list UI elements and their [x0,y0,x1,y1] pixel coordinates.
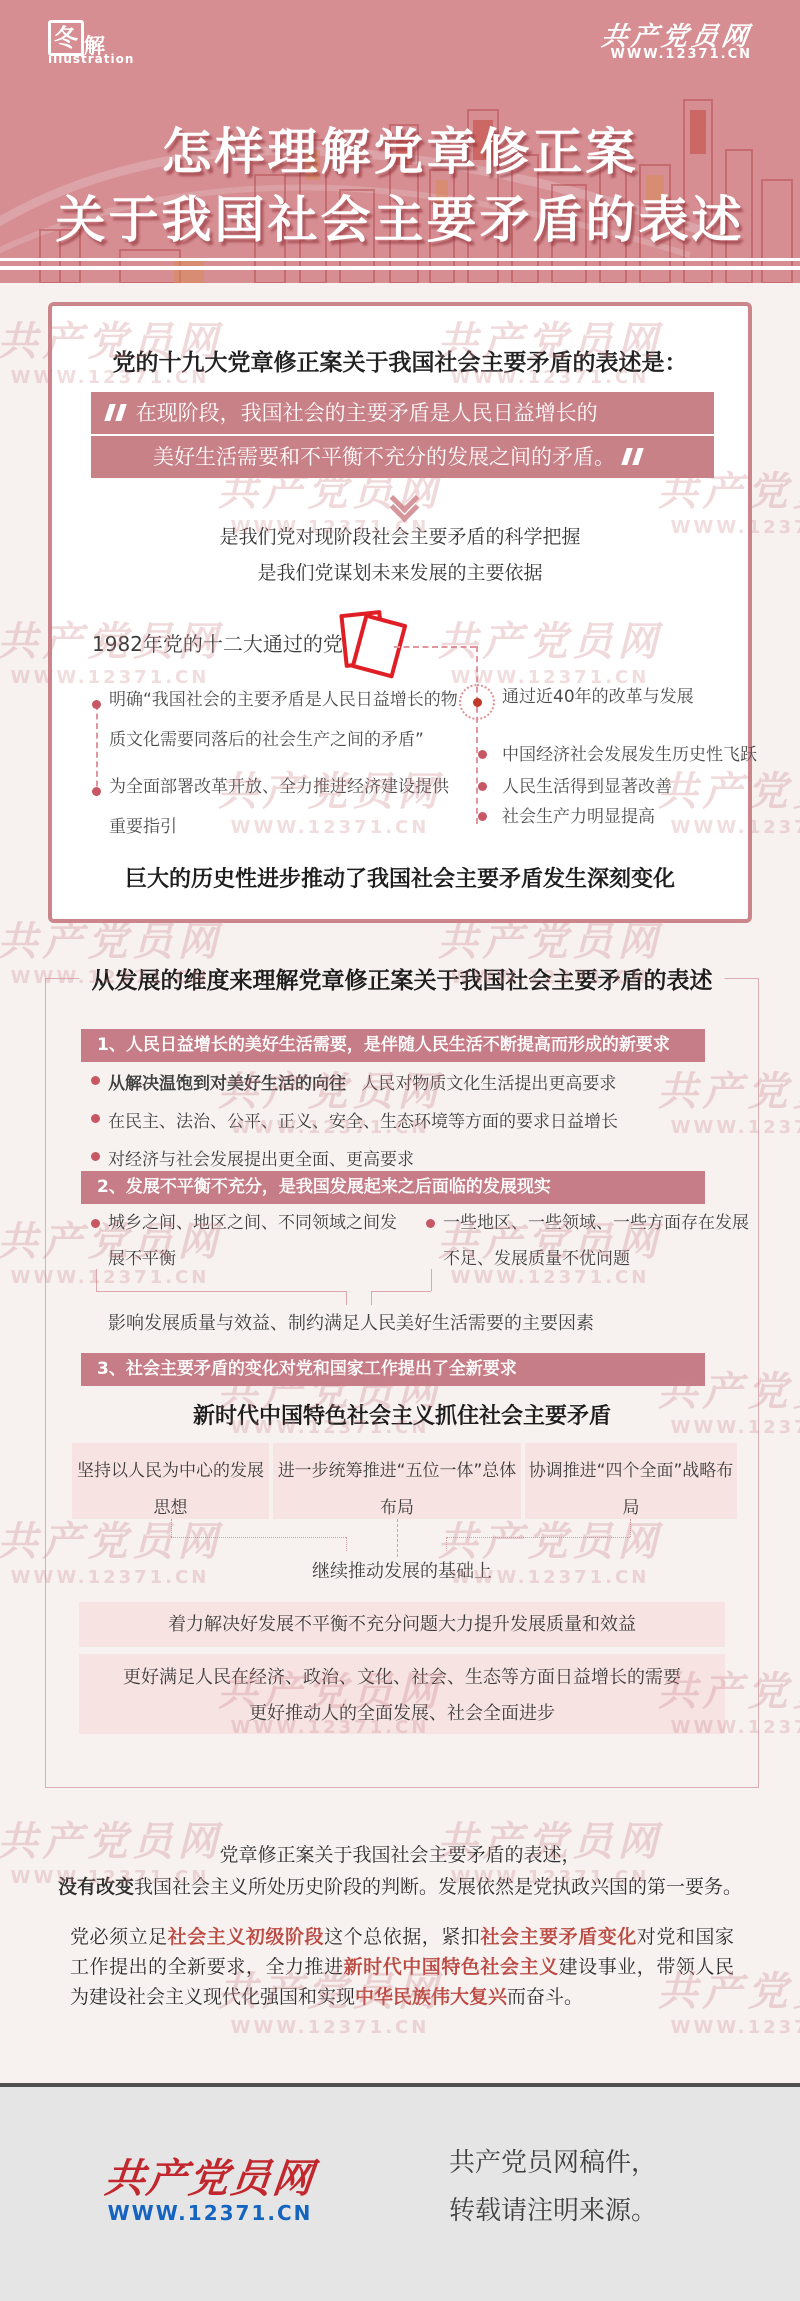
header-banner: 冬 解 illustration 共产党员网 WWW.12371.CN 怎样理解… [0,0,800,283]
bullet-icon [478,812,487,821]
closing-p1-rest: 我国社会主义所处历史阶段的判断。发展依然是党执政兴国的第一要务。 [134,1876,742,1898]
header-divider-line-1 [0,258,800,261]
bullet-icon [478,750,487,759]
box1-conclusion: 巨大的历史性进步推动了我国社会主要矛盾发生深刻变化 [52,862,748,893]
right-item: 通过近40年的改革与发展 [502,682,694,712]
affirm-line1: 是我们党对现阶段社会主要矛盾的科学把握 [52,522,748,549]
action2-line2: 更好推动人的全面发展、社会全面进步 [79,1696,725,1732]
connector-dotted [446,1537,447,1551]
box1-heading: 党的十九大党章修正案关于我国社会主要矛盾的表述是： [52,344,748,377]
closing-paragraph1-line2: 没有改变我国社会主义所处历史阶段的判断。发展依然是党执政兴国的第一要务。 [0,1872,800,1899]
p2-seg-highlight: 中华民族伟大复兴 [355,1986,507,2008]
right-item: 中国经济社会发展发生历史性飞跃 [502,740,757,770]
site-brand-url: WWW.12371.CN [611,47,752,62]
closing-paragraph2: 党必须立足社会主义初级阶段这个总依据，紧扣社会主要矛盾变化对党和国家工作提出的全… [70,1922,734,2012]
point1-bullet2: 在民主、法治、公平、正义、安全、生态环境等方面的要求日益增长 [108,1107,618,1132]
connector-line [371,1291,372,1305]
point3-subtitle: 新时代中国特色社会主义抓住社会主要矛盾 [46,1399,758,1430]
bullet-icon [91,1219,100,1228]
connector-dotted [397,1519,398,1557]
p2-seg: 这个总依据，紧扣 [324,1926,480,1948]
action-box-1: 着力解决好发展不平衡不充分问题大力提升发展质量和效益 [79,1602,725,1647]
tujie-logo-icon: 冬 [48,20,84,56]
milestone-1982-label: 1982年党的十二大通过的党章 [92,628,363,657]
connector-line [431,1269,432,1291]
strategy-card: 协调推进“四个全面”战略布局 [525,1443,737,1519]
tujie-logo-char: 冬 [54,24,78,52]
point1-bullet1: 从解决温饱到对美好生活的向往 人民对物质文化生活提出更高要求 [108,1069,616,1094]
strategy-card: 进一步统筹推进“五位一体”总体布局 [273,1443,521,1519]
point1-banner: 1、人民日益增长的美好生活需要，是伴随人民生活不断提高而形成的新要求 [81,1029,705,1062]
bullet-icon [426,1219,435,1228]
p2-seg: 而奋斗。 [507,1986,583,2008]
point3-banner: 3、社会主要矛盾的变化对党和国家工作提出了全新要求 [81,1353,705,1386]
connector-dotted [346,1537,347,1551]
p2-seg-highlight: 社会主义初级阶段 [168,1926,324,1948]
bullet-icon [91,1076,100,1085]
footer-site-logo: 共产党员网 [97,2147,323,2204]
connector-line [96,1269,97,1291]
bullet-icon [92,700,101,709]
point1-bullet1-rest: 人民对物质文化生活提出更高要求 [361,1074,616,1094]
box2-heading: 从发展的维度来理解党章修正案关于我国社会主要矛盾的表述 [80,962,725,995]
point2-left-bullet: 城乡之间、地区之间、不同领域之间发展不平衡 [108,1205,408,1277]
open-quote-icon [105,404,129,421]
closing-bold-phrase: 没有改变 [58,1876,134,1898]
connector-dotted [171,1537,346,1538]
connector-dotted [630,1519,631,1537]
right-item: 人民生活得到显著改善 [502,772,672,802]
left-item: 明确“我国社会的主要矛盾是人民日益增长的物质文化需要同落后的社会生产之间的矛盾” [109,680,461,760]
principal-contradiction-quote: 在现阶段，我国社会的主要矛盾是人民日益增长的 美好生活需要和不平衡不充分的发展之… [91,392,714,478]
header-divider-line-2 [0,266,800,270]
point2-banner: 2、发展不平衡不充分，是我国发展起来之后面临的发展现实 [81,1171,705,1204]
p2-seg-highlight: 社会主要矛盾变化 [480,1926,636,1948]
tujie-logo-caption: illustration [48,52,134,66]
p2-seg: 党必须立足 [70,1926,168,1948]
footer-note-line1: 共产党员网稿件， [449,2142,657,2179]
right-item: 社会生产力明显提高 [502,802,655,832]
bullet-icon [478,782,487,791]
point3-basis: 继续推动发展的基础上 [46,1557,758,1583]
connector-line [96,1291,346,1292]
infographic-poster: 冬 解 illustration 共产党员网 WWW.12371.CN 怎样理解… [0,0,800,2301]
point1-bullet3: 对经济与社会发展提出更全面、更高要求 [108,1145,414,1170]
strategy-card: 坚持以人民为中心的发展思想 [72,1443,269,1519]
right-timeline-dash [476,646,478,824]
quote-line1: 在现阶段，我国社会的主要矛盾是人民日益增长的 [136,401,598,425]
footer-site-url: WWW.12371.CN [100,2201,320,2225]
connector-dotted [446,1537,630,1538]
left-timeline-dash [96,704,98,796]
point1-bullet1-lead: 从解决温饱到对美好生活的向往 [108,1074,346,1094]
point2-conclusion: 影响发展质量与效益、制约满足人民美好生活需要的主要因素 [108,1309,594,1335]
quote-line2: 美好生活需要和不平衡不充分的发展之间的矛盾。 [153,445,615,469]
page-title-line2: 关于我国社会主要矛盾的表述 [0,180,800,252]
left-item: 为全面部署改革开放、全力推进经济建设提供重要指引 [109,767,461,847]
point2-right-bullet: 一些地区、一些领域、一些方面存在发展不足、发展质量不优问题 [443,1205,753,1277]
closing-paragraph1-line1: 党章修正案关于我国社会主要矛盾的表述， [0,1840,800,1867]
bullet-icon [92,787,101,796]
action2-line1: 更好满足人民在经济、政治、文化、社会、生态等方面日益增长的需要 [79,1660,725,1696]
section-19th-congress: 党的十九大党章修正案关于我国社会主要矛盾的表述是： 在现阶段，我国社会的主要矛盾… [48,302,752,923]
affirm-line2: 是我们党谋划未来发展的主要依据 [52,558,748,585]
footer-note-line2: 转载请注明来源。 [449,2190,657,2227]
action-box-2: 更好满足人民在经济、政治、文化、社会、生态等方面日益增长的需要 更好推动人的全面… [79,1654,725,1734]
connector-dash [394,646,476,648]
connector-dotted [171,1519,172,1537]
page-title-line1: 怎样理解党章修正案 [0,112,800,184]
connector-line [346,1291,347,1305]
p2-seg-highlight: 新时代中国特色社会主义 [344,1956,559,1978]
bullet-icon [91,1114,100,1123]
section-development-dimension: 从发展的维度来理解党章修正案关于我国社会主要矛盾的表述 1、人民日益增长的美好生… [45,978,759,1788]
timeline-node-dot [473,698,482,707]
close-quote-icon [622,448,646,465]
connector-line [371,1291,431,1292]
bullet-icon [91,1152,100,1161]
footer: 共产党员网 WWW.12371.CN 共产党员网稿件， 转载请注明来源。 [0,2083,800,2301]
